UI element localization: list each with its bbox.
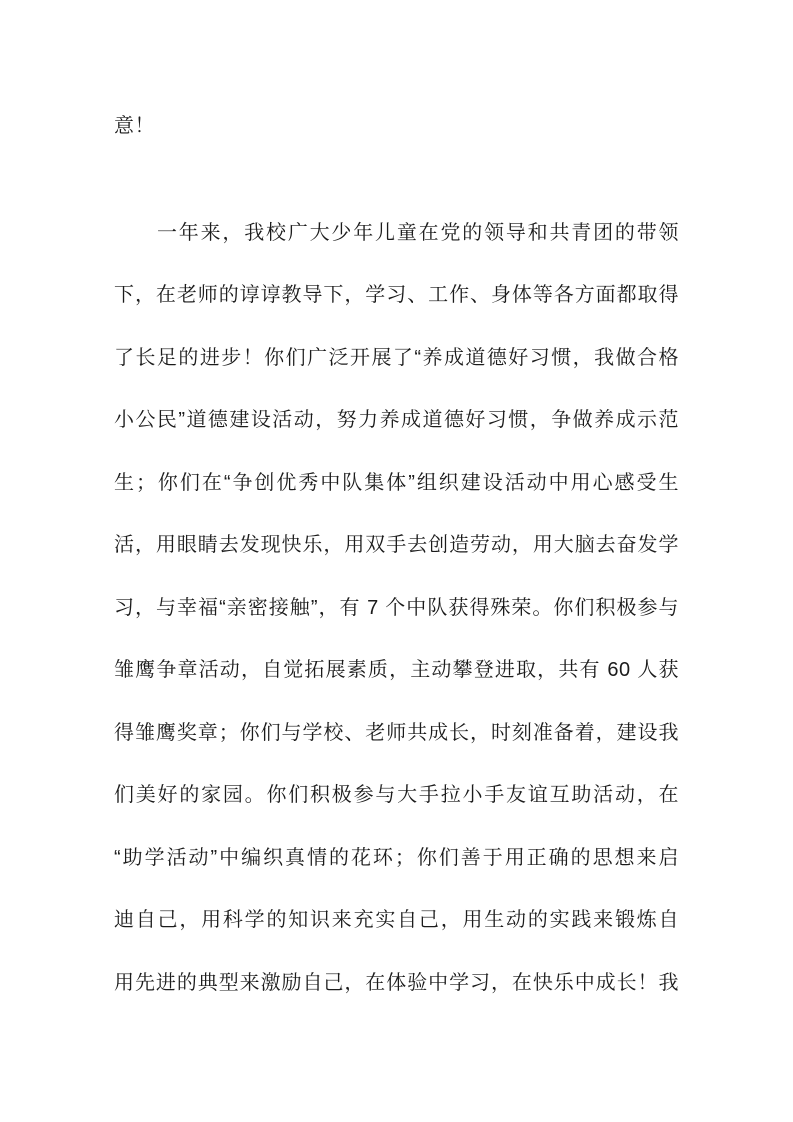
text-line: 迪自己，用科学的知识来充实自己，用生动的实践来锻炼自己， bbox=[114, 889, 679, 952]
document-page: 意！ 一年来，我校广大少年儿童在党的领导和共青团的带领 下，在老师的谆谆教导下，… bbox=[0, 0, 793, 1122]
text-line: 生；你们在“争创优秀中队集体”组织建设活动中用心感受生 bbox=[114, 452, 679, 515]
text-line: 雏鹰争章活动，自觉拓展素质，主动攀登进取，共有 60 人获 bbox=[114, 639, 679, 702]
text-line: 习，与幸福“亲密接触”，有 7 个中队获得殊荣。你们积极参与 bbox=[114, 577, 679, 640]
text-line: 一年来，我校广大少年儿童在党的领导和共青团的带领 bbox=[114, 202, 679, 265]
text-line: 用先进的典型来激励自己，在体验中学习，在快乐中成长！我 bbox=[114, 952, 679, 1015]
text-line: 得雏鹰奖章；你们与学校、老师共成长，时刻准备着，建设我 bbox=[114, 702, 679, 765]
text-line: “助学活动”中编织真情的花环；你们善于用正确的思想来启 bbox=[114, 827, 679, 890]
text-line: 活，用眼睛去发现快乐，用双手去创造劳动，用大脑去奋发学 bbox=[114, 514, 679, 577]
text-line: 下，在老师的谆谆教导下，学习、工作、身体等各方面都取得 bbox=[114, 264, 679, 327]
text-line: 意！ bbox=[114, 95, 679, 158]
text-line: 了长足的进步！你们广泛开展了“养成道德好习惯，我做合格 bbox=[114, 327, 679, 390]
text-line: 小公民”道德建设活动，努力养成道德好习惯，争做养成示范 bbox=[114, 389, 679, 452]
text-line: 们美好的家园。你们积极参与大手拉小手友谊互助活动，在 bbox=[114, 764, 679, 827]
paragraph-fragment: 意！ bbox=[114, 95, 679, 158]
paragraph-main: 一年来，我校广大少年儿童在党的领导和共青团的带领 下，在老师的谆谆教导下，学习、… bbox=[114, 202, 679, 1015]
